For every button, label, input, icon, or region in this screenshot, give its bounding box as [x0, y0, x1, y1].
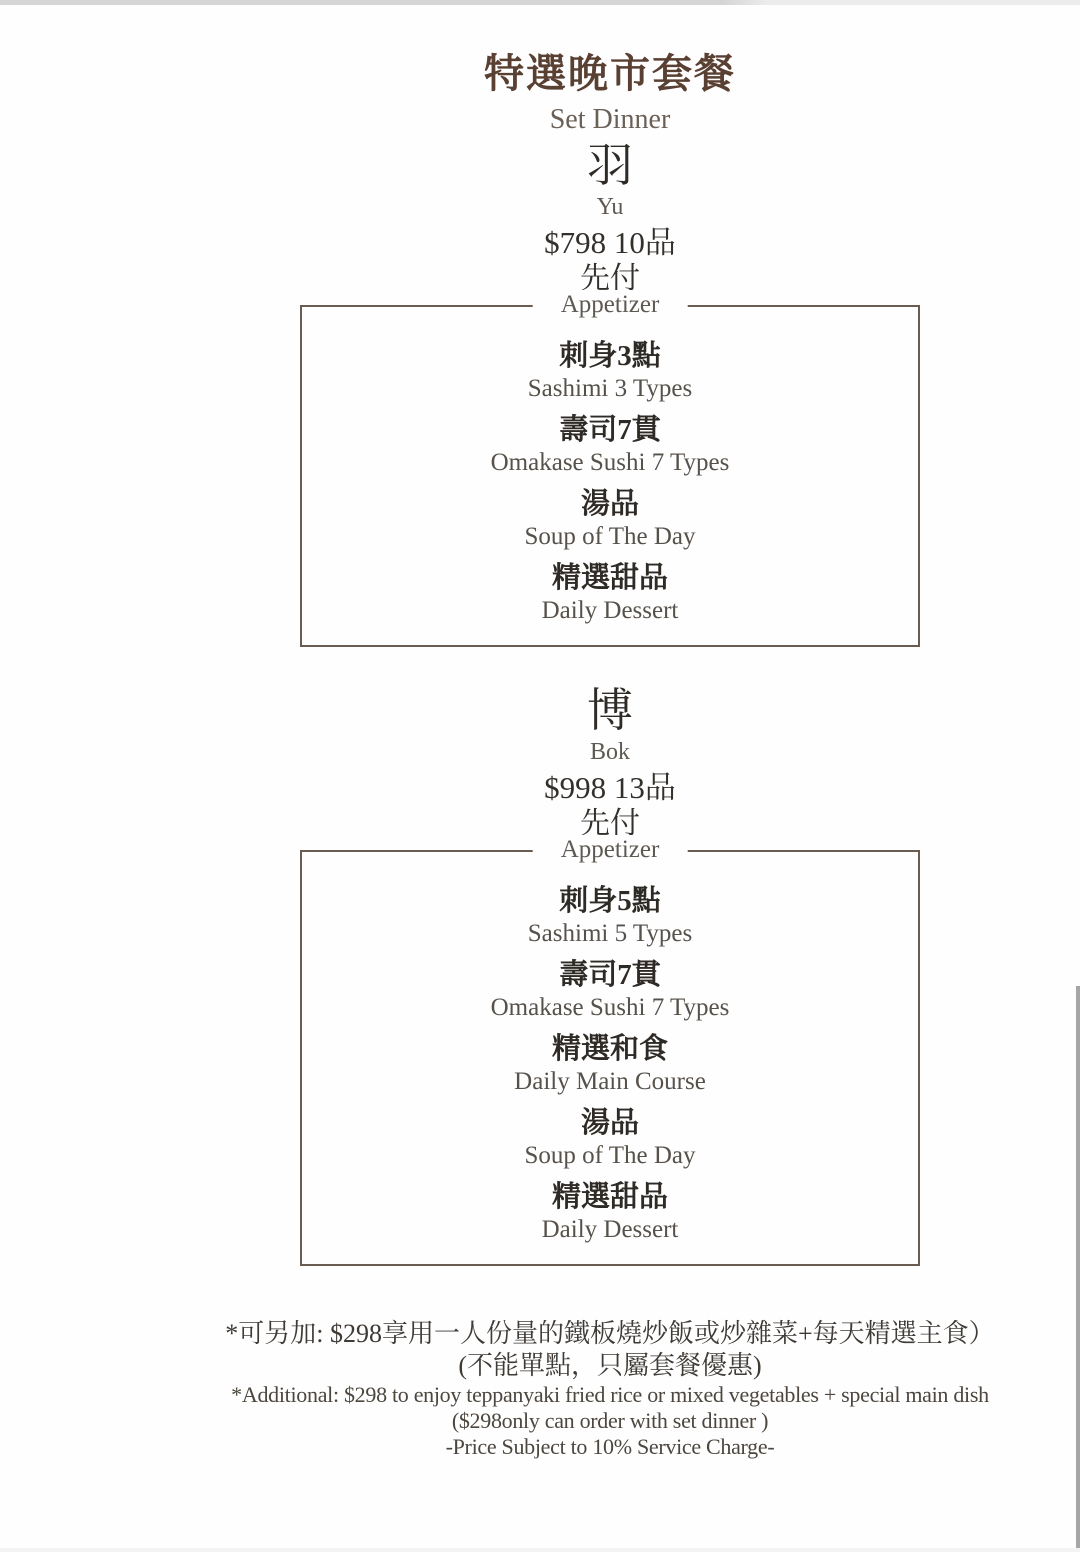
set-section-yu: 羽 Yu $798 10品 先付 Appetizer 刺身3點 Sashimi …	[140, 142, 1080, 647]
menu-item-zh: 湯品	[302, 489, 918, 520]
menu-item-en: Daily Main Course	[302, 1067, 918, 1096]
menu-item: 壽司7貫 Omakase Sushi 7 Types	[302, 415, 918, 477]
menu-item: 刺身5點 Sashimi 5 Types	[302, 886, 918, 948]
menu-item: 壽司7貫 Omakase Sushi 7 Types	[302, 960, 918, 1022]
menu-item-zh: 刺身3點	[302, 341, 918, 372]
menu-item-zh: 精選甜品	[302, 563, 918, 594]
set-price: $998 13品	[140, 771, 1080, 804]
menu-item-en: Sashimi 3 Types	[302, 374, 918, 403]
menu-item-en: Daily Dessert	[302, 596, 918, 625]
menu-item-en: Omakase Sushi 7 Types	[302, 448, 918, 477]
footnote-line: (不能單點，只屬套餐優惠)	[140, 1350, 1080, 1382]
menu-title-en: Set Dinner	[140, 104, 1080, 136]
menu-item-en: Soup of The Day	[302, 522, 918, 551]
menu-item: 精選甜品 Daily Dessert	[302, 1182, 918, 1244]
appetizer-box-yu: Appetizer 刺身3點 Sashimi 3 Types 壽司7貫 Omak…	[300, 305, 920, 647]
set-name-zh: 羽	[140, 142, 1080, 190]
course-header-en: Appetizer	[533, 835, 688, 865]
scrollbar-thumb[interactable]	[1076, 986, 1080, 1552]
footnote-line: ($298only can order with set dinner )	[140, 1408, 1080, 1434]
menu-content: 特選晚市套餐 Set Dinner 羽 Yu $798 10品 先付 Appet…	[140, 0, 1080, 1460]
footnotes: *可另加: $298享用一人份量的鐵板燒炒飯或炒雜菜+每天精選主食） (不能單點…	[140, 1318, 1080, 1460]
course-header-en: Appetizer	[533, 290, 688, 320]
menu-item-zh: 壽司7貫	[302, 415, 918, 446]
menu-item: 湯品 Soup of The Day	[302, 1108, 918, 1170]
menu-item: 精選甜品 Daily Dessert	[302, 563, 918, 625]
menu-item: 精選和食 Daily Main Course	[302, 1034, 918, 1096]
footnote-line: *可另加: $298享用一人份量的鐵板燒炒飯或炒雜菜+每天精選主食）	[140, 1318, 1080, 1350]
bottom-edge-strip	[0, 1548, 1080, 1552]
menu-item-zh: 精選和食	[302, 1034, 918, 1065]
menu-item-zh: 刺身5點	[302, 886, 918, 917]
footnote-line: -Price Subject to 10% Service Charge-	[140, 1434, 1080, 1460]
menu-item: 刺身3點 Sashimi 3 Types	[302, 341, 918, 403]
menu-item-zh: 精選甜品	[302, 1182, 918, 1213]
menu-item-en: Soup of The Day	[302, 1141, 918, 1170]
menu-item-en: Sashimi 5 Types	[302, 919, 918, 948]
menu-item: 湯品 Soup of The Day	[302, 489, 918, 551]
set-name-en: Yu	[140, 194, 1080, 220]
set-price: $798 10品	[140, 226, 1080, 259]
menu-title-zh: 特選晚市套餐	[140, 52, 1080, 96]
appetizer-box-bok: Appetizer 刺身5點 Sashimi 5 Types 壽司7貫 Omak…	[300, 850, 920, 1266]
menu-item-en: Daily Dessert	[302, 1215, 918, 1244]
set-name-en: Bok	[140, 739, 1080, 765]
menu-item-en: Omakase Sushi 7 Types	[302, 993, 918, 1022]
footnote-line: *Additional: $298 to enjoy teppanyaki fr…	[140, 1382, 1080, 1408]
set-name-zh: 博	[140, 687, 1080, 735]
menu-item-zh: 壽司7貫	[302, 960, 918, 991]
set-section-bok: 博 Bok $998 13品 先付 Appetizer 刺身5點 Sashimi…	[140, 687, 1080, 1266]
menu-item-zh: 湯品	[302, 1108, 918, 1139]
